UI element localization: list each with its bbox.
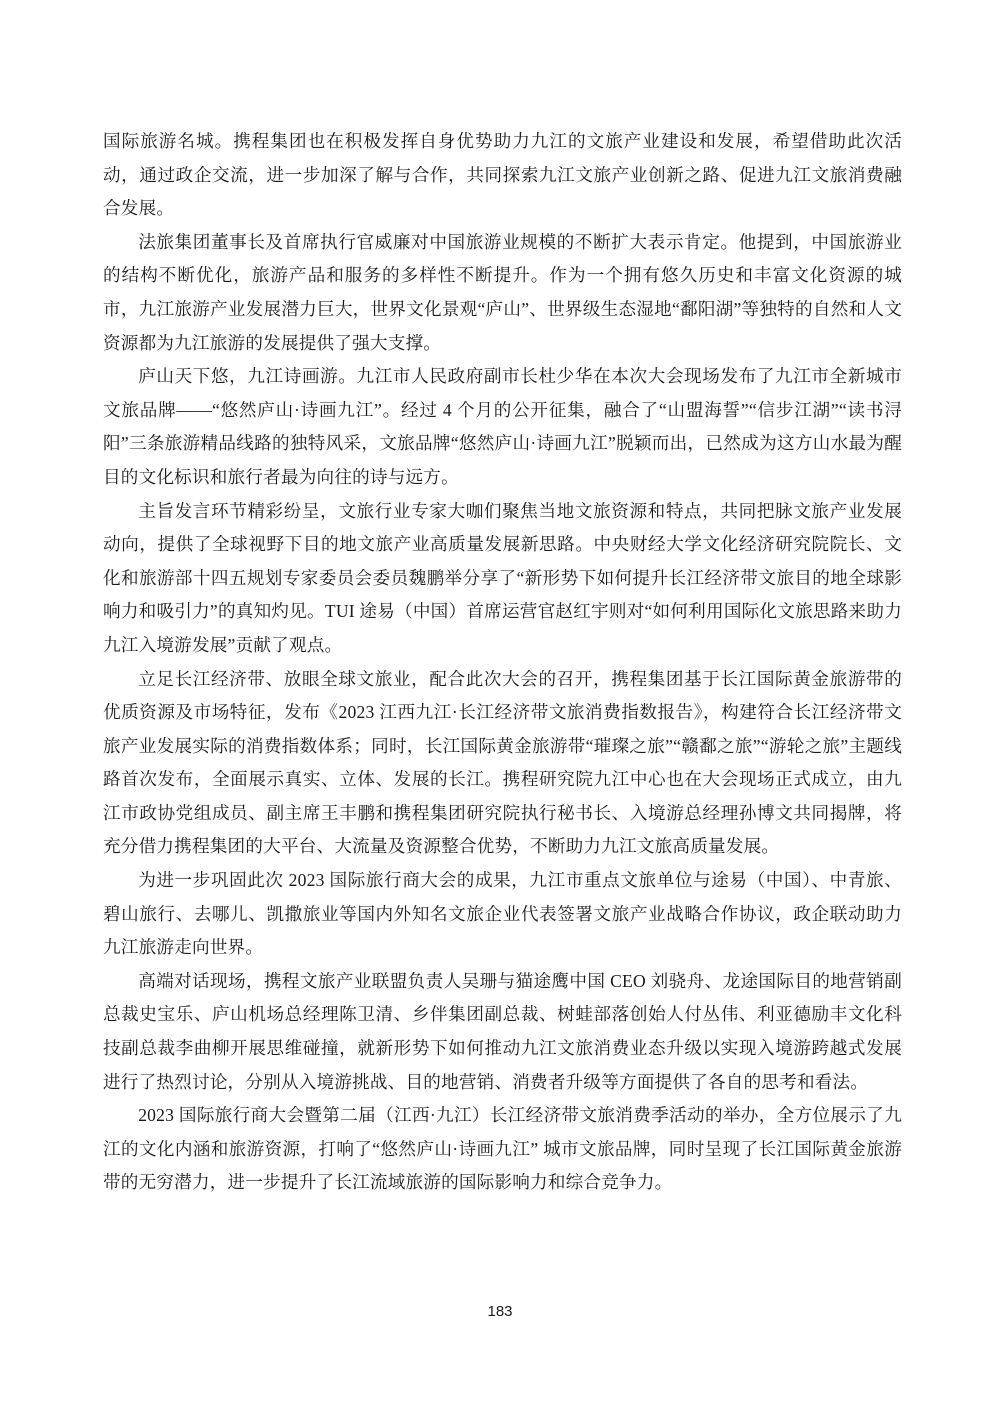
paragraph: 法旅集团董事长及首席执行官威廉对中国旅游业规模的不断扩大表示肯定。他提到，中国旅… [103, 226, 902, 360]
document-body: 国际旅游名城。携程集团也在积极发挥自身优势助力九江的文旅产业建设和发展，希望借助… [103, 125, 902, 1200]
paragraph: 立足长江经济带、放眼全球文旅业，配合此次大会的召开，携程集团基于长江国际黄金旅游… [103, 663, 902, 865]
paragraph: 高端对话现场，携程文旅产业联盟负责人吴珊与猫途鹰中国 CEO 刘骁舟、龙途国际目… [103, 965, 902, 1099]
document-page: 国际旅游名城。携程集团也在积极发挥自身优势助力九江的文旅产业建设和发展，希望借助… [0, 0, 1000, 1414]
paragraph: 国际旅游名城。携程集团也在积极发挥自身优势助力九江的文旅产业建设和发展，希望借助… [103, 125, 902, 226]
paragraph: 主旨发言环节精彩纷呈，文旅行业专家大咖们聚焦当地文旅资源和特点，共同把脉文旅产业… [103, 495, 902, 663]
page-number: 183 [0, 1303, 1000, 1320]
paragraph: 为进一步巩固此次 2023 国际旅行商大会的成果，九江市重点文旅单位与途易（中国… [103, 864, 902, 965]
paragraph: 庐山天下悠，九江诗画游。九江市人民政府副市长杜少华在本次大会现场发布了九江市全新… [103, 360, 902, 494]
paragraph: 2023 国际旅行商大会暨第二届（江西·九江）长江经济带文旅消费季活动的举办，全… [103, 1099, 902, 1200]
